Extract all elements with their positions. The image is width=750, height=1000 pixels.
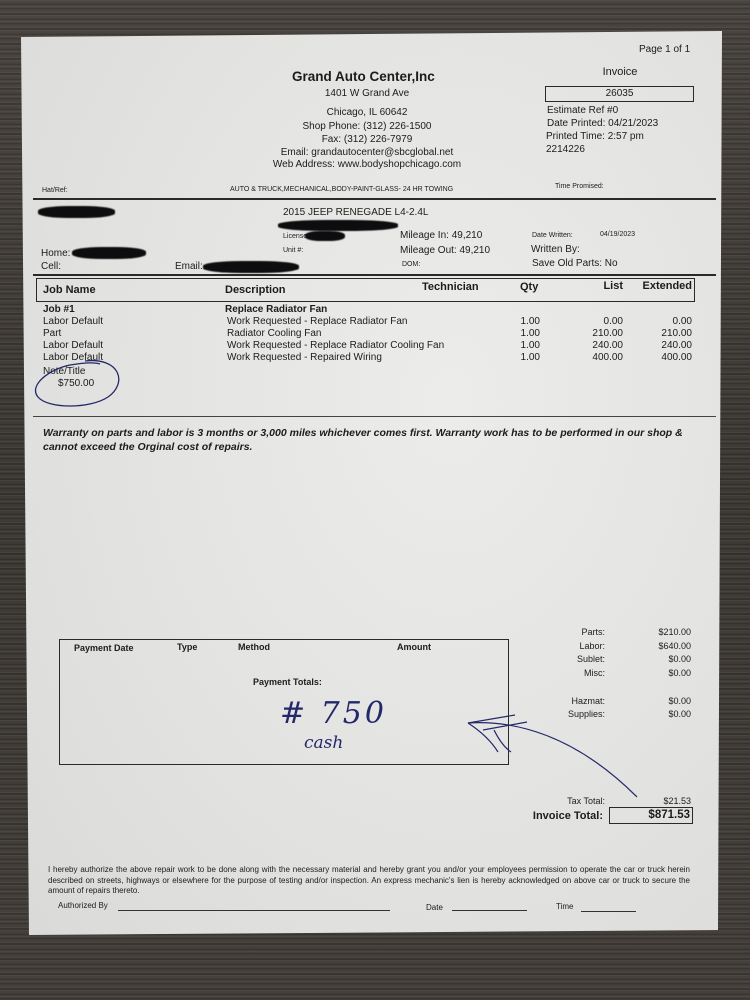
row-job-name: Part [43, 328, 61, 339]
warranty-text: Warranty on parts and labor is 3 months … [43, 426, 713, 454]
row-extended: 400.00 [630, 352, 692, 363]
handwritten-arrow-annotation [455, 710, 645, 805]
invoice-total-box: $871.53 [609, 807, 693, 824]
authorization-text: I hereby authorize the above repair work… [48, 865, 690, 897]
written-by: Written By: [531, 244, 580, 255]
page-indicator: Page 1 of 1 [639, 44, 690, 55]
printed-time: Printed Time: 2:57 pm [546, 131, 644, 142]
total-label: Sublet: [520, 654, 605, 664]
company-city: Chicago, IL 60642 [250, 107, 484, 118]
redacted-home-phone [72, 247, 146, 259]
license-label: License [283, 233, 307, 240]
row-qty: 1.00 [510, 352, 540, 363]
customer-divider [33, 274, 716, 276]
company-email: Email: grandautocenter@sbcglobal.net [250, 147, 484, 158]
row-description: Work Requested - Replace Radiator Fan [227, 316, 407, 327]
date-signature-line[interactable] [452, 910, 527, 911]
row-description: Work Requested - Replace Radiator Coolin… [227, 340, 444, 351]
header-divider [33, 198, 716, 200]
total-value: $0.00 [630, 668, 691, 678]
total-label: Misc: [520, 668, 605, 678]
date-printed: Date Printed: 04/21/2023 [547, 118, 658, 129]
date-label: Date [426, 903, 443, 912]
total-label: Hazmat: [520, 696, 605, 706]
total-label: Supplies: [520, 709, 605, 719]
invoice-total-label: Invoice Total: [500, 810, 603, 822]
payment-date-header: Payment Date [74, 643, 134, 653]
row-list: 210.00 [563, 328, 623, 339]
tax-total-value: $21.53 [630, 796, 691, 806]
row-extended: 240.00 [630, 340, 692, 351]
company-phone: Shop Phone: (312) 226-1500 [250, 121, 484, 132]
payment-amount-header: Amount [397, 642, 431, 652]
time-label: Time [556, 902, 573, 911]
table-bottom-divider [33, 416, 716, 417]
vehicle-description: 2015 JEEP RENEGADE L4-2.4L [283, 207, 428, 218]
row-list: 0.00 [563, 316, 623, 327]
mileage-in: Mileage In: 49,210 [400, 230, 482, 241]
home-label: Home: [41, 248, 70, 259]
th-list: List [563, 280, 623, 292]
redacted-license [305, 231, 345, 241]
th-technician: Technician [422, 281, 479, 293]
redacted-vin [278, 220, 398, 231]
row-description: Work Requested - Repaired Wiring [227, 352, 382, 363]
payment-method-header: Method [238, 642, 270, 652]
row-qty: 1.00 [510, 340, 540, 351]
th-qty: Qty [520, 281, 538, 293]
total-value: $0.00 [630, 709, 691, 719]
cell-label: Cell: [41, 261, 61, 272]
row-extended: 210.00 [630, 328, 692, 339]
time-promised-label: Time Promised: [555, 183, 604, 190]
authorized-by-signature-line[interactable] [118, 910, 390, 911]
invoice-number-box: 26035 [545, 86, 694, 102]
mileage-out: Mileage Out: 49,210 [400, 245, 490, 256]
redacted-customer-name [38, 206, 115, 218]
row-qty: 1.00 [510, 328, 540, 339]
row-description: Radiator Cooling Fan [227, 328, 322, 339]
email-label: Email: [175, 261, 203, 272]
tax-total-label: Tax Total: [520, 796, 605, 806]
row-job-name: Labor Default [43, 316, 103, 327]
company-fax: Fax: (312) 226-7979 [250, 134, 484, 145]
estimate-ref: Estimate Ref #0 [547, 105, 618, 116]
th-extended: Extended [630, 280, 692, 292]
dom-label: DOM: [402, 261, 420, 268]
job-title-name: Job #1 [43, 304, 75, 315]
payment-type-header: Type [177, 642, 197, 652]
row-extended: 0.00 [630, 316, 692, 327]
invoice-label: Invoice [545, 66, 695, 78]
invoice-id: 2214226 [546, 144, 585, 155]
hat-ref-label: Hat/Ref: [42, 187, 68, 194]
handwritten-method: cash [304, 733, 343, 753]
payment-totals-label: Payment Totals: [253, 677, 322, 687]
th-job-name: Job Name [43, 284, 96, 296]
row-list: 240.00 [563, 340, 623, 351]
invoice-total-value: $871.53 [648, 809, 690, 821]
total-value: $640.00 [630, 641, 691, 651]
total-value: $0.00 [630, 654, 691, 664]
company-address: 1401 W Grand Ave [250, 88, 484, 99]
total-value: $210.00 [630, 627, 691, 637]
authorized-by-label: Authorized By [58, 901, 108, 910]
company-web: Web Address: www.bodyshopchicago.com [250, 159, 484, 170]
handwritten-circle-annotation [30, 355, 130, 410]
total-label: Parts: [520, 627, 605, 637]
invoice-paper: Page 1 of 1 Grand Auto Center,Inc 1401 W… [0, 0, 750, 1000]
date-written-label: Date Written: [532, 232, 573, 239]
row-qty: 1.00 [510, 316, 540, 327]
row-list: 400.00 [563, 352, 623, 363]
row-job-name: Labor Default [43, 340, 103, 351]
time-signature-line[interactable] [581, 911, 636, 912]
date-written: 04/19/2023 [600, 231, 635, 238]
total-label: Labor: [520, 641, 605, 651]
total-value: $0.00 [630, 696, 691, 706]
handwritten-amount: # 750 [280, 696, 387, 731]
company-name: Grand Auto Center,Inc [292, 69, 435, 84]
th-description: Description [225, 284, 286, 296]
unit-label: Unit #: [283, 247, 303, 254]
invoice-number: 26035 [606, 88, 634, 99]
services-line: AUTO & TRUCK,MECHANICAL,BODY-PAINT-GLASS… [230, 186, 453, 193]
redacted-email [203, 261, 299, 273]
save-old-parts: Save Old Parts: No [532, 258, 618, 269]
job-title-description: Replace Radiator Fan [225, 304, 327, 315]
